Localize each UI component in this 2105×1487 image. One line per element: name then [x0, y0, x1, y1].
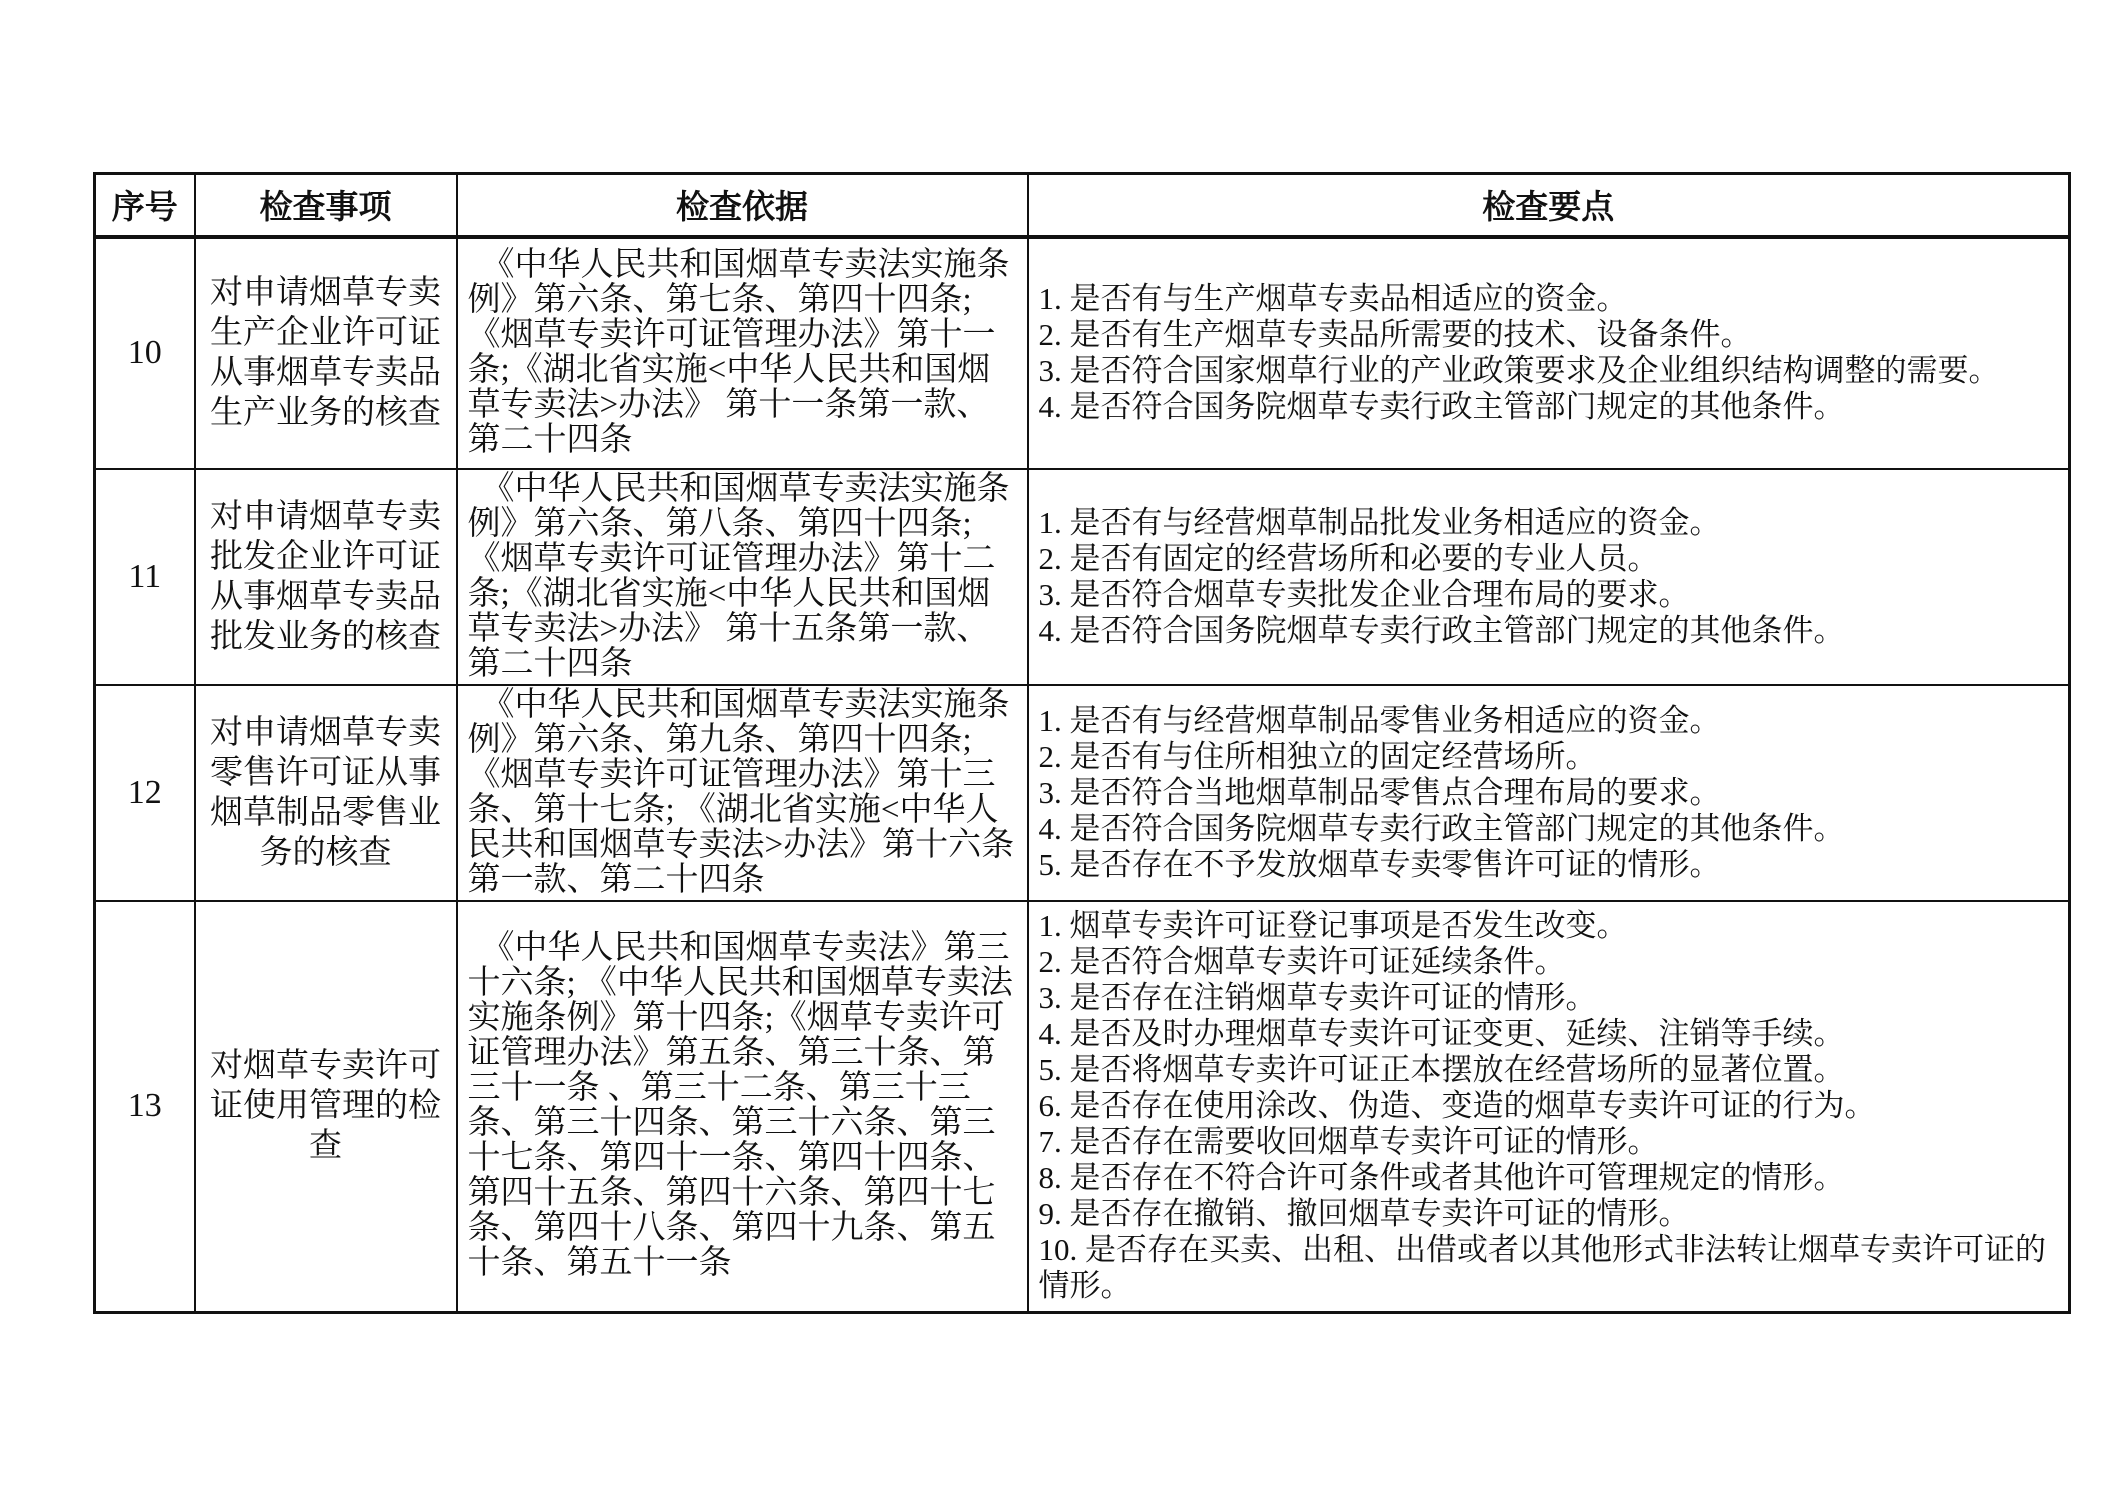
inspection-points: 1. 是否有与经营烟草制品零售业务相适应的资金。 2. 是否有与住所相独立的固定…: [1028, 685, 2070, 901]
inspection-points: 1. 烟草专卖许可证登记事项是否发生改变。 2. 是否符合烟草专卖许可证延续条件…: [1028, 901, 2070, 1313]
point-line: 7. 是否存在需要收回烟草专卖许可证的情形。: [1039, 1124, 2059, 1160]
point-line: 2. 是否符合烟草专卖许可证延续条件。: [1039, 944, 2059, 980]
inspection-basis: 《中华人民共和国烟草专卖法》第三十六条; 《中华人民共和国烟草专卖法实施条例》第…: [457, 901, 1028, 1313]
point-line: 1. 烟草专卖许可证登记事项是否发生改变。: [1039, 908, 2059, 944]
header-item: 检查事项: [195, 174, 457, 237]
point-line: 2. 是否有生产烟草专卖品所需要的技术、设备条件。: [1039, 317, 2059, 353]
header-points: 检查要点: [1028, 174, 2070, 237]
inspection-basis: 《中华人民共和国烟草专卖法实施条例》第六条、第八条、第四十四条;《烟草专卖许可证…: [457, 469, 1028, 685]
table-body: 10 对申请烟草专卖生产企业许可证从事烟草专卖品生产业务的核查 《中华人民共和国…: [95, 237, 2070, 1313]
point-line: 3. 是否符合国家烟草行业的产业政策要求及企业组织结构调整的需要。: [1039, 353, 2059, 389]
row-number: 13: [95, 901, 195, 1313]
point-line: 1. 是否有与生产烟草专卖品相适应的资金。: [1039, 281, 2059, 317]
table-row-13: 13 对烟草专卖许可证使用管理的检查 《中华人民共和国烟草专卖法》第三十六条; …: [95, 901, 2070, 1313]
point-line: 4. 是否符合国务院烟草专卖行政主管部门规定的其他条件。: [1039, 389, 2059, 425]
row-number: 12: [95, 685, 195, 901]
table-header: 序号 检查事项 检查依据 检查要点: [95, 174, 2070, 237]
point-line: 8. 是否存在不符合许可条件或者其他许可管理规定的情形。: [1039, 1160, 2059, 1196]
point-line: 3. 是否符合当地烟草制品零售点合理布局的要求。: [1039, 775, 2059, 811]
inspection-item: 对申请烟草专卖批发企业许可证从事烟草专卖品批发业务的核查: [195, 469, 457, 685]
inspection-item: 对烟草专卖许可证使用管理的检查: [195, 901, 457, 1313]
row-number: 11: [95, 469, 195, 685]
point-line: 5. 是否存在不予发放烟草专卖零售许可证的情形。: [1039, 847, 2059, 883]
table-row-11: 11 对申请烟草专卖批发企业许可证从事烟草专卖品批发业务的核查 《中华人民共和国…: [95, 469, 2070, 685]
inspection-basis: 《中华人民共和国烟草专卖法实施条例》第六条、第九条、第四十四条;《烟草专卖许可证…: [457, 685, 1028, 901]
inspection-item: 对申请烟草专卖零售许可证从事烟草制品零售业务的核查: [195, 685, 457, 901]
table-row-12: 12 对申请烟草专卖零售许可证从事烟草制品零售业务的核查 《中华人民共和国烟草专…: [95, 685, 2070, 901]
point-line: 10. 是否存在买卖、出租、出借或者以其他形式非法转让烟草专卖许可证的情形。: [1039, 1232, 2059, 1304]
point-line: 4. 是否及时办理烟草专卖许可证变更、延续、注销等手续。: [1039, 1016, 2059, 1052]
point-line: 1. 是否有与经营烟草制品批发业务相适应的资金。: [1039, 505, 2059, 541]
point-line: 2. 是否有与住所相独立的固定经营场所。: [1039, 739, 2059, 775]
header-no: 序号: [95, 174, 195, 237]
header-row: 序号 检查事项 检查依据 检查要点: [95, 174, 2070, 237]
point-line: 3. 是否符合烟草专卖批发企业合理布局的要求。: [1039, 577, 2059, 613]
point-line: 4. 是否符合国务院烟草专卖行政主管部门规定的其他条件。: [1039, 811, 2059, 847]
point-line: 3. 是否存在注销烟草专卖许可证的情形。: [1039, 980, 2059, 1016]
inspection-item: 对申请烟草专卖生产企业许可证从事烟草专卖品生产业务的核查: [195, 237, 457, 469]
table-row-10: 10 对申请烟草专卖生产企业许可证从事烟草专卖品生产业务的核查 《中华人民共和国…: [95, 237, 2070, 469]
point-line: 1. 是否有与经营烟草制品零售业务相适应的资金。: [1039, 703, 2059, 739]
inspection-points: 1. 是否有与经营烟草制品批发业务相适应的资金。 2. 是否有固定的经营场所和必…: [1028, 469, 2070, 685]
point-line: 2. 是否有固定的经营场所和必要的专业人员。: [1039, 541, 2059, 577]
inspection-basis: 《中华人民共和国烟草专卖法实施条例》第六条、第七条、第四十四条;《烟草专卖许可证…: [457, 237, 1028, 469]
inspection-table: 序号 检查事项 检查依据 检查要点 10 对申请烟草专卖生产企业许可证从事烟草专…: [93, 172, 2071, 1314]
point-line: 6. 是否存在使用涂改、伪造、变造的烟草专卖许可证的行为。: [1039, 1088, 2059, 1124]
point-line: 9. 是否存在撤销、撤回烟草专卖许可证的情形。: [1039, 1196, 2059, 1232]
point-line: 4. 是否符合国务院烟草专卖行政主管部门规定的其他条件。: [1039, 613, 2059, 649]
row-number: 10: [95, 237, 195, 469]
inspection-points: 1. 是否有与生产烟草专卖品相适应的资金。 2. 是否有生产烟草专卖品所需要的技…: [1028, 237, 2070, 469]
point-line: 5. 是否将烟草专卖许可证正本摆放在经营场所的显著位置。: [1039, 1052, 2059, 1088]
header-basis: 检查依据: [457, 174, 1028, 237]
